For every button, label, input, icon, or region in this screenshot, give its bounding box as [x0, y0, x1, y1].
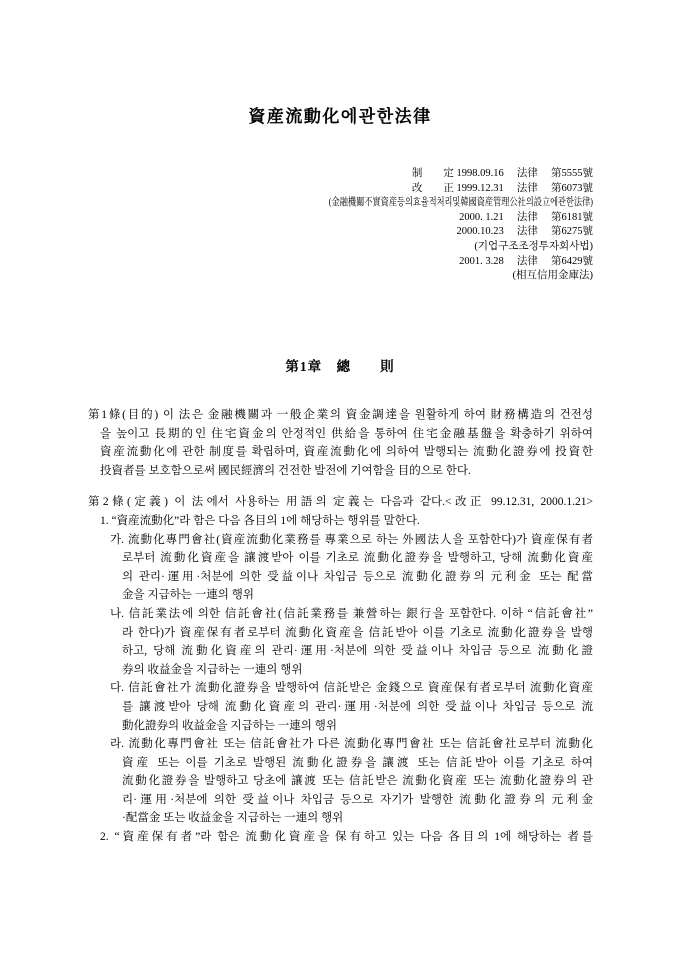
body-line: 流動化證券을 발행하고 당초에 讓渡 또는 信託받은 流動化資産 또는 流動化證…	[88, 772, 593, 791]
amendment-history: 制 定 1998.09.16 法律 第5555號改 正 1999.12.31 法…	[153, 167, 593, 284]
body-line: 나. 信託業法에 의한 信託會社(信託業務를 兼營하는 銀行을 포함한다. 이하…	[88, 605, 593, 624]
body-line: 投資者를 보호함으로써 國民經濟의 건전한 발전에 기여함을 目的으로 한다.	[88, 462, 593, 481]
history-line: (기업구조조정투자회사법)	[153, 240, 593, 255]
body-line: 券의 收益金을 지급하는 一連의 행위	[88, 661, 593, 680]
body-line: 資産流動化에 관한 制度를 확립하며, 資産流動化에 의하여 발행되는 流動化證…	[88, 443, 593, 462]
body-line: 을 높이고 長期的인 住宅資金의 안정적인 供給을 통하여 住宅金融基盤을 확충…	[88, 425, 593, 444]
body-line: 로부터 流動化資産을 讓渡받아 이를 기초로 流動化證券을 발행하고, 당해 流…	[88, 549, 593, 568]
body-line: 하고, 당해 流動化資産의 관리·運用·처분에 의한 受益이나 차입금 등으로 …	[88, 642, 593, 661]
body-line: 第2條(定義) 이 法에서 사용하는 用語의 定義는 다음과 같다.<改正 99…	[88, 493, 593, 512]
history-line: 2000.10.23 法律 第6275號	[153, 225, 593, 240]
body-line: 第1條(目的) 이 法은 金融機關과 一般企業의 資金調達을 원활하게 하여 財…	[88, 406, 593, 425]
history-line: 2000. 1.21 法律 第6181號	[153, 211, 593, 226]
history-line: (相互信用金庫法)	[153, 269, 593, 284]
body-line: 1. “資産流動化”라 함은 다음 各目의 1에 해당하는 행위를 말한다.	[88, 512, 593, 531]
document-page: 資産流動化에관한法律 制 定 1998.09.16 法律 第5555號改 正 1…	[0, 0, 680, 962]
article-body: 第1條(目的) 이 法은 金融機關과 一般企業의 資金調達을 원활하게 하여 財…	[88, 406, 593, 847]
body-line: 리·運用·처분에 의한 受益이나 차입금 등으로 자기가 발행한 流動化證券의 …	[88, 791, 593, 810]
body-line: 2. “資産保有者”라 함은 流動化資産을 保有하고 있는 다음 各目의 1에 …	[88, 828, 593, 847]
body-line: 다. 信託會社가 流動化證券을 발행하여 信託받은 金錢으로 資産保有者로부터 …	[88, 679, 593, 698]
history-line: 制 定 1998.09.16 法律 第5555號	[153, 167, 593, 182]
body-line: 資産 또는 이를 기초로 발행된 流動化證券을 讓渡 또는 信託받아 이를 기초…	[88, 754, 593, 773]
history-line: (金融機關不實資産등의효율적처리및韓國資産管理公社의設立에관한法律)	[250, 196, 593, 211]
body-line: 라. 流動化專門會社 또는 信託會社가 다른 流動化專門會社 또는 信託會社로부…	[88, 735, 593, 754]
body-line: ·配當金 또는 收益金을 지급하는 一連의 행위	[88, 809, 593, 828]
body-line: 의 관리·運用·처분에 의한 受益이나 차입금 등으로 流動化證券의 元利金 또…	[88, 568, 593, 587]
body-line: 金을 지급하는 一連의 행위	[88, 586, 593, 605]
body-line: 라 한다)가 資産保有者로부터 流動化資産을 信託받아 이를 기초로 流動化證券…	[88, 624, 593, 643]
body-line: 가. 流動化專門會社(資産流動化業務를 專業으로 하는 外國法人을 포함한다)가…	[88, 531, 593, 550]
document-title: 資産流動化에관한法律	[0, 102, 680, 127]
history-line: 改 正 1999.12.31 法律 第6073號	[153, 182, 593, 197]
history-line: 2001. 3.28 法律 第6429號	[153, 255, 593, 270]
body-line: 를 讓渡받아 당해 流動化資産의 관리·運用·처분에 의한 受益이나 차입금 등…	[88, 698, 593, 717]
body-line: 動化證券의 收益金을 지급하는 一連의 행위	[88, 717, 593, 736]
chapter-heading: 第1章 總 則	[0, 355, 680, 375]
